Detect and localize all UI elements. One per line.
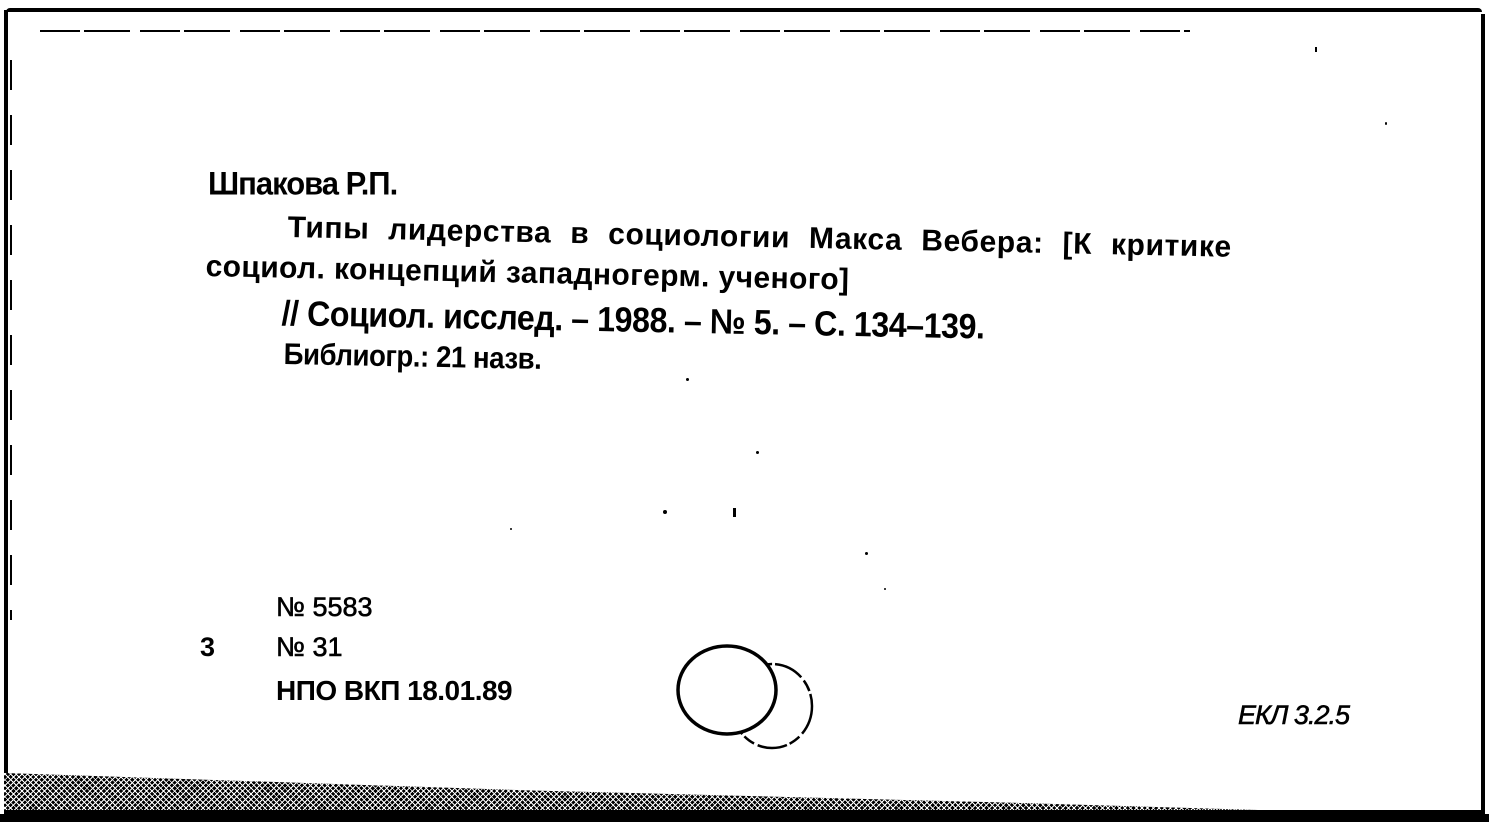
processing-stamp: НПО ВКП 18.01.89: [276, 675, 512, 707]
scan-speck: [686, 378, 689, 381]
card-border-left-shadow: [10, 60, 12, 620]
card-inner-rule: [40, 30, 1190, 32]
double-circle-stamp-icon: [672, 636, 822, 756]
classification-code: ЕКЛ 3.2.5: [1238, 700, 1349, 731]
card-border-left: [4, 10, 8, 780]
scan-bottom-edge: [0, 814, 1489, 822]
inventory-number-2: № 31: [276, 632, 343, 663]
card-border-right: [1481, 14, 1485, 814]
scan-speck: [510, 528, 512, 530]
scan-speck: [1385, 122, 1387, 125]
author-heading: Шпакова Р.П.: [208, 165, 397, 203]
card-border-top: [6, 8, 1482, 12]
scan-speck: [756, 451, 759, 454]
scan-speck: [1315, 47, 1317, 52]
scan-speck: [733, 508, 736, 517]
title-line-2: социол. концепций западногерм. ученого]: [205, 250, 849, 297]
card-edge-hatching: [4, 773, 1324, 812]
catalog-card: Шпакова Р.П. Типы лидерства в социологии…: [0, 0, 1489, 822]
scan-speck: [884, 588, 886, 590]
scan-speck: [663, 510, 667, 514]
bibliography-note: Библиогр.: 21 назв.: [283, 338, 541, 377]
shelf-mark: 3: [200, 632, 215, 663]
scan-speck: [865, 552, 868, 555]
inventory-number-1: № 5583: [276, 592, 373, 623]
